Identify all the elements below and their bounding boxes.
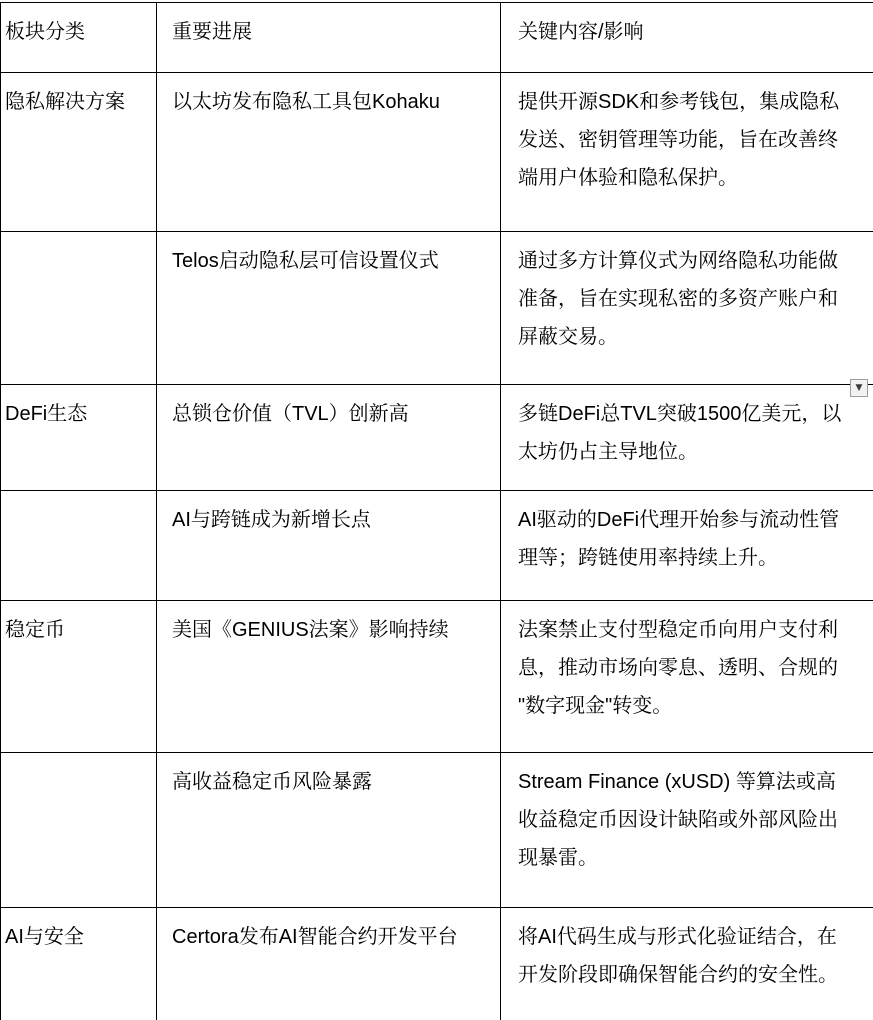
category-cell: 隐私解决方案 (1, 73, 157, 232)
progress-cell: AI与跨链成为新增长点 (157, 491, 501, 601)
impact-cell: 通过多方计算仪式为网络隐私功能做 准备，旨在实现私密的多资产账户和 屏蔽交易。 (501, 232, 873, 385)
progress-cell: 美国《GENIUS法案》影响持续 (157, 601, 501, 753)
category-cell (1, 753, 157, 908)
table-row: 高收益稳定币风险暴露 Stream Finance (xUSD) 等算法或高 收… (1, 753, 873, 908)
table-row: 稳定币 美国《GENIUS法案》影响持续 法案禁止支付型稳定币向用户支付利 息，… (1, 601, 873, 753)
impact-cell: 多链DeFi总TVL突破1500亿美元，以 太坊仍占主导地位。 (501, 385, 873, 491)
progress-cell: 高收益稳定币风险暴露 (157, 753, 501, 908)
impact-cell: 提供开源SDK和参考钱包，集成隐私 发送、密钥管理等功能，旨在改善终 端用户体验… (501, 73, 873, 232)
progress-cell: 以太坊发布隐私工具包Kohaku (157, 73, 501, 232)
header-cell-progress: 重要进展 (157, 3, 501, 73)
header-cell-category: 板块分类 (1, 3, 157, 73)
category-cell: DeFi生态 (1, 385, 157, 491)
progress-cell: Telos启动隐私层可信设置仪式 (157, 232, 501, 385)
impact-cell: 将AI代码生成与形式化验证结合，在 开发阶段即确保智能合约的安全性。 (501, 908, 873, 1020)
progress-cell: 总锁仓价值（TVL）创新高 (157, 385, 501, 491)
dropdown-arrow-icon: ▼ (856, 384, 863, 393)
summary-table: 板块分类 重要进展 关键内容/影响 隐私解决方案 以太坊发布隐私工具包Kohak… (0, 2, 873, 1020)
table-row: Telos启动隐私层可信设置仪式 通过多方计算仪式为网络隐私功能做 准备，旨在实… (1, 232, 873, 385)
dropdown-button[interactable]: ▼ (850, 379, 868, 397)
category-cell (1, 491, 157, 601)
category-cell: AI与安全 (1, 908, 157, 1020)
header-cell-impact: 关键内容/影响 (501, 3, 873, 73)
table-header-row: 板块分类 重要进展 关键内容/影响 (1, 3, 873, 73)
impact-cell: AI驱动的DeFi代理开始参与流动性管 理等；跨链使用率持续上升。 (501, 491, 873, 601)
table-row: DeFi生态 总锁仓价值（TVL）创新高 多链DeFi总TVL突破1500亿美元… (1, 385, 873, 491)
table-row: AI与跨链成为新增长点 AI驱动的DeFi代理开始参与流动性管 理等；跨链使用率… (1, 491, 873, 601)
impact-cell: Stream Finance (xUSD) 等算法或高 收益稳定币因设计缺陷或外… (501, 753, 873, 908)
impact-cell: 法案禁止支付型稳定币向用户支付利 息，推动市场向零息、透明、合规的 "数字现金"… (501, 601, 873, 753)
document-page: 板块分类 重要进展 关键内容/影响 隐私解决方案 以太坊发布隐私工具包Kohak… (0, 2, 873, 1020)
table-row: 隐私解决方案 以太坊发布隐私工具包Kohaku 提供开源SDK和参考钱包，集成隐… (1, 73, 873, 232)
category-cell (1, 232, 157, 385)
table-row: AI与安全 Certora发布AI智能合约开发平台 将AI代码生成与形式化验证结… (1, 908, 873, 1020)
progress-cell: Certora发布AI智能合约开发平台 (157, 908, 501, 1020)
category-cell: 稳定币 (1, 601, 157, 753)
